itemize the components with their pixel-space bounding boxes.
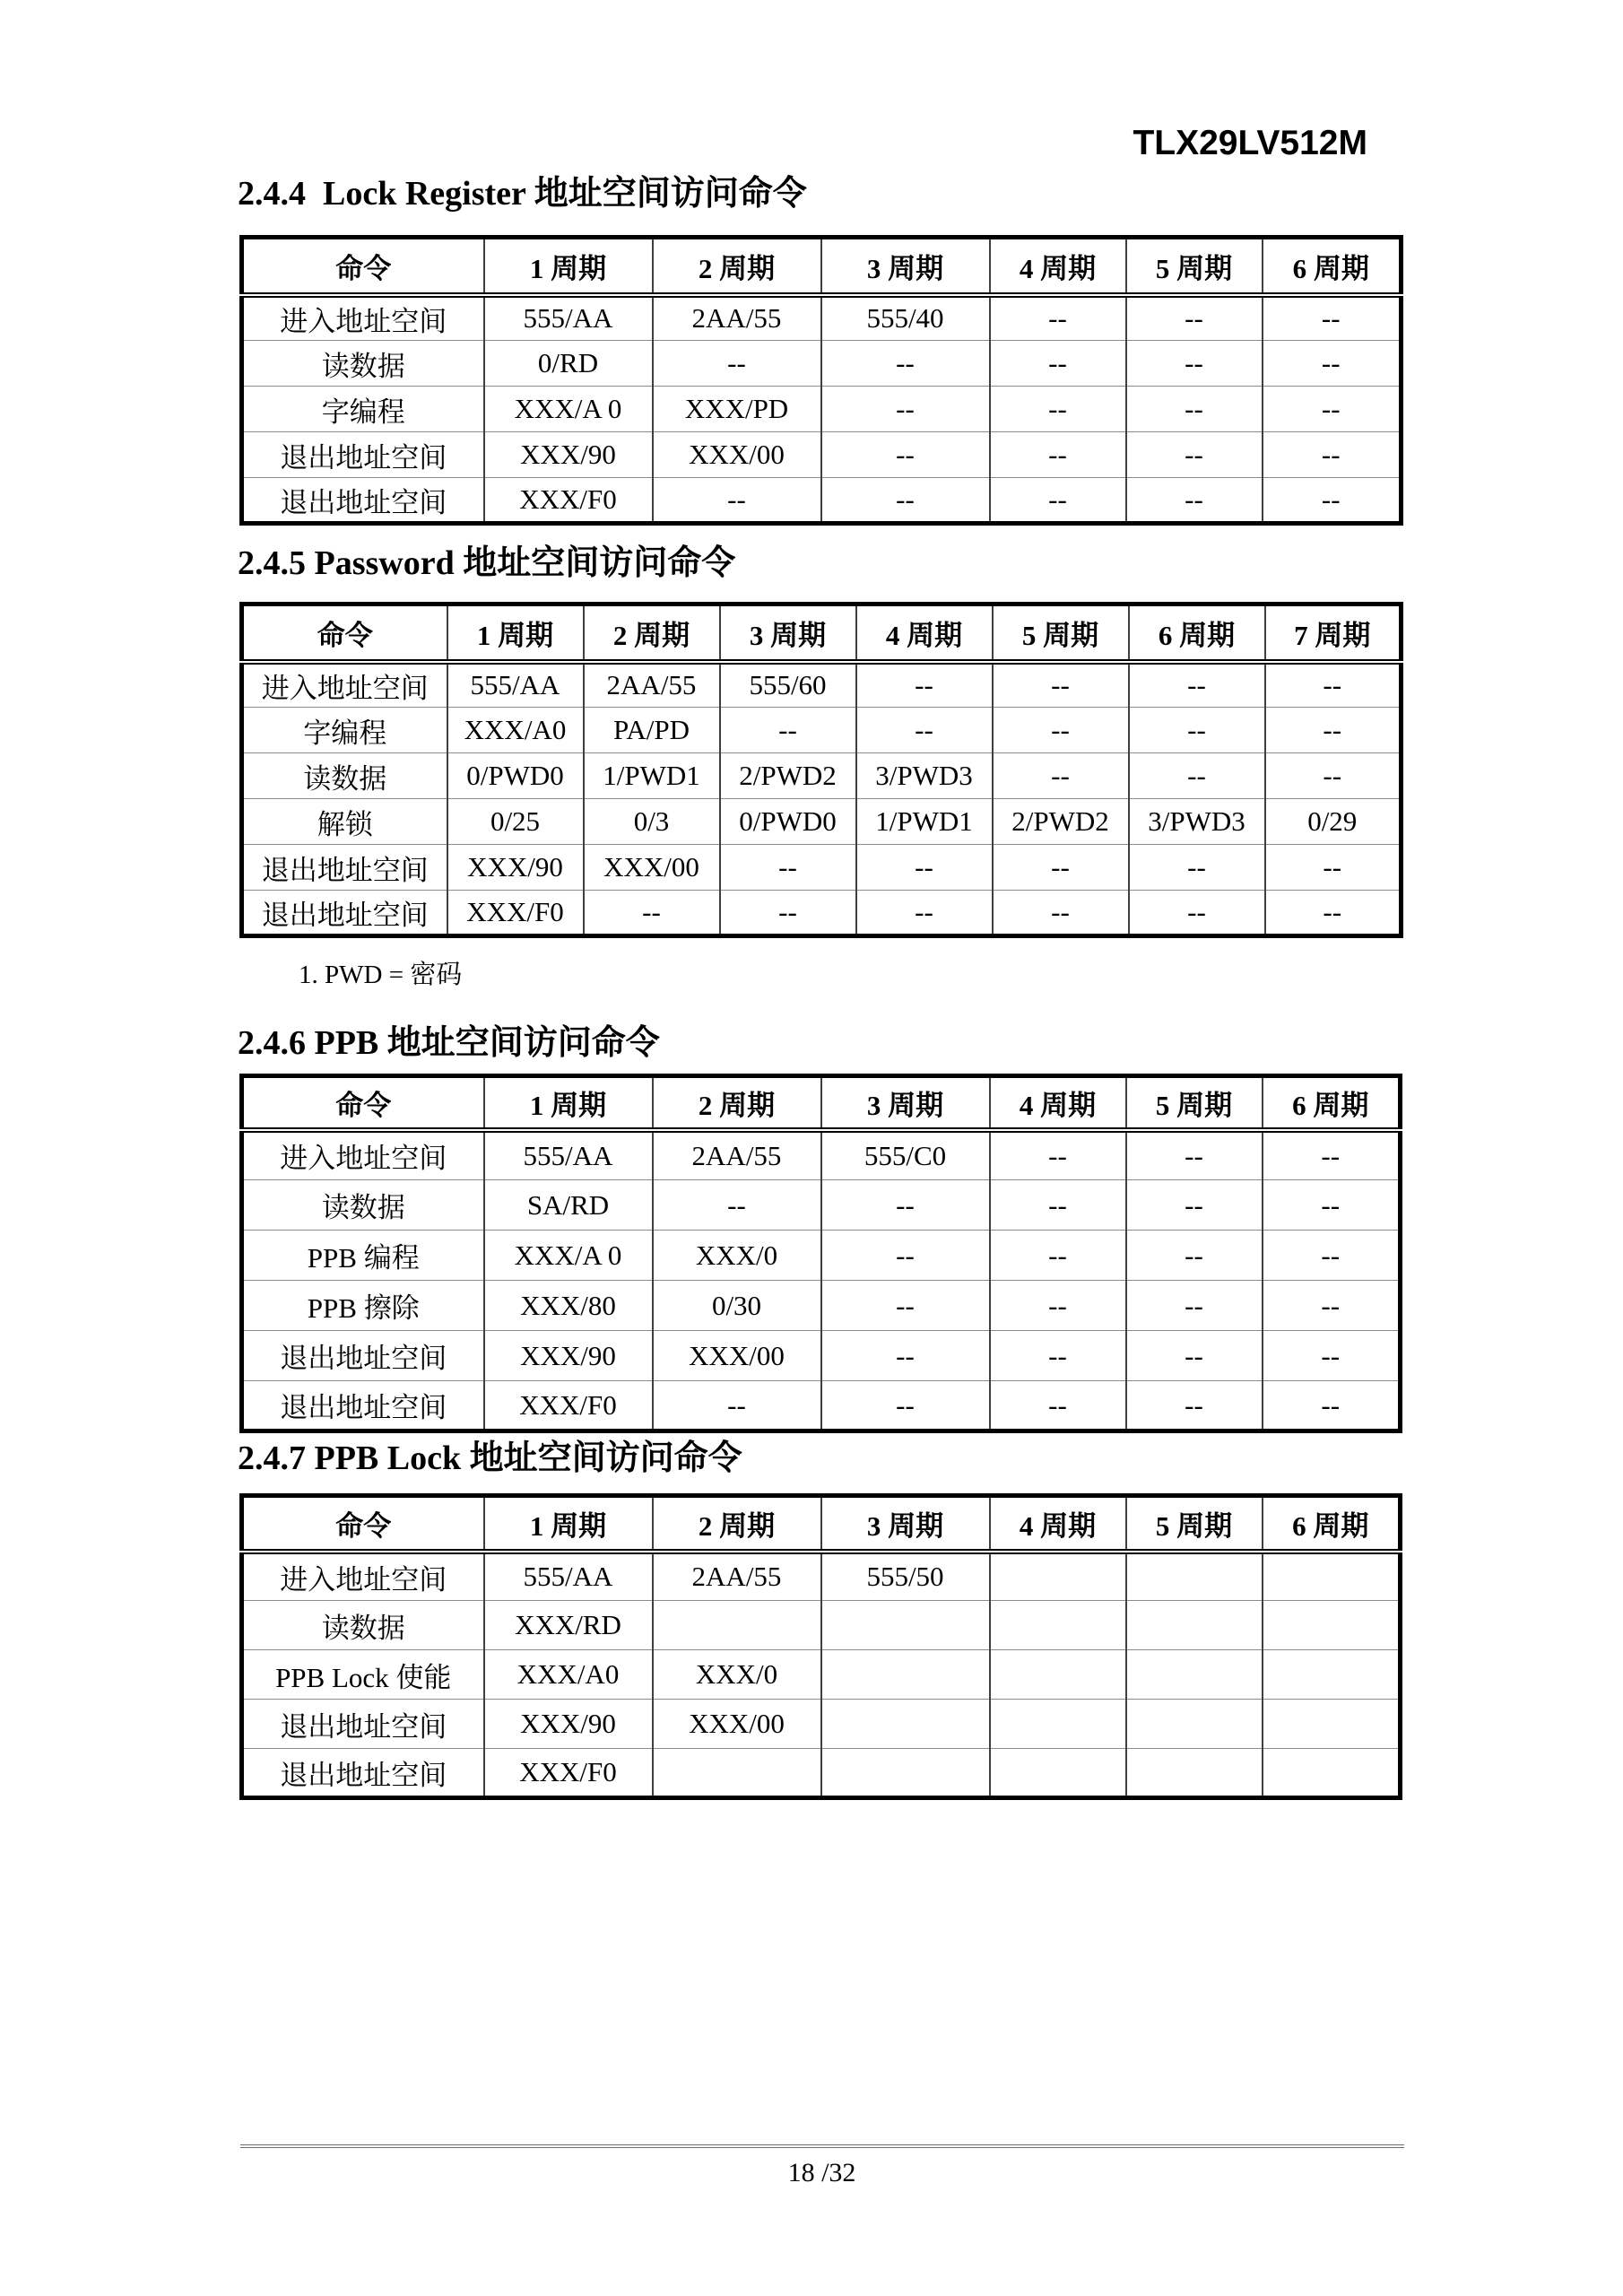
cycle-value-cell: 555/40 [821,295,990,341]
cycle-column-header: 5 周期 [1126,238,1263,295]
cycle-value-cell: -- [993,708,1129,753]
cycle-value-cell [1263,1650,1401,1700]
table-row: 解锁0/250/30/PWD01/PWD12/PWD23/PWD30/29 [242,799,1402,845]
cycle-value-cell: -- [1129,662,1265,708]
command-name-cell: 退出地址空间 [242,1749,484,1798]
cycle-column-header: 4 周期 [990,1496,1126,1552]
cycle-column-header: 3 周期 [821,1076,990,1130]
cycle-value-cell: -- [990,1381,1126,1431]
cycle-value-cell: 555/AA [484,295,653,341]
command-column-header: 命令 [242,238,484,295]
ppb-lock-command-table: 命令1 周期2 周期3 周期4 周期5 周期6 周期 进入地址空间555/AA2… [239,1493,1402,1800]
cycle-value-cell [821,1601,990,1650]
command-column-header: 命令 [242,1076,484,1130]
cycle-value-cell: -- [856,708,993,753]
command-name-cell: PPB Lock 使能 [242,1650,484,1700]
header-row: 命令1 周期2 周期3 周期4 周期5 周期6 周期7 周期 [242,604,1402,662]
cycle-value-cell: 0/RD [484,341,653,387]
cycle-value-cell: -- [1126,1130,1263,1180]
command-name-cell: 进入地址空间 [242,1130,484,1180]
command-name-cell: 进入地址空间 [242,662,447,708]
cycle-value-cell [990,1700,1126,1749]
cycle-value-cell: -- [1129,753,1265,799]
cycle-value-cell: -- [1126,341,1263,387]
cycle-value-cell: 555/AA [447,662,584,708]
cycle-value-cell: -- [856,662,993,708]
table-row: 退出地址空间XXX/F0------------ [242,891,1402,936]
section-heading-password: 2.4.5 Password 地址空间访问命令 [238,545,735,583]
table-row: 进入地址空间555/AA2AA/55555/C0------ [242,1130,1401,1180]
cycle-value-cell: XXX/0 [653,1650,821,1700]
cycle-column-header: 5 周期 [993,604,1129,662]
cycle-value-cell [821,1749,990,1798]
cycle-column-header: 2 周期 [653,1076,821,1130]
cycle-value-cell: 1/PWD1 [856,799,993,845]
command-column-header: 命令 [242,604,447,662]
cycle-value-cell: XXX/90 [484,1331,653,1381]
command-name-cell: 退出地址空间 [242,845,447,891]
cycle-value-cell: -- [1263,1231,1401,1281]
command-name-cell: 退出地址空间 [242,1381,484,1431]
cycle-value-cell: XXX/0 [653,1231,821,1281]
cycle-column-header: 6 周期 [1129,604,1265,662]
cycle-column-header: 1 周期 [447,604,584,662]
table-row: 退出地址空间XXX/90XXX/00-------- [242,1331,1401,1381]
table-row: 进入地址空间555/AA2AA/55555/60-------- [242,662,1402,708]
header-row: 命令1 周期2 周期3 周期4 周期5 周期6 周期 [242,1076,1401,1130]
table-row: 进入地址空间555/AA2AA/55555/40------ [242,295,1402,341]
cycle-value-cell [990,1650,1126,1700]
cycle-value-cell: XXX/PD [653,387,821,432]
header-row: 命令1 周期2 周期3 周期4 周期5 周期6 周期 [242,238,1402,295]
cycle-value-cell: -- [821,1281,990,1331]
cycle-value-cell: -- [990,341,1126,387]
cycle-value-cell: XXX/80 [484,1281,653,1331]
cycle-value-cell: XXX/F0 [484,478,653,524]
cycle-value-cell: -- [1126,1381,1263,1431]
table-row: 退出地址空间XXX/F0---------- [242,478,1402,524]
cycle-value-cell: -- [1265,708,1402,753]
table-row: 进入地址空间555/AA2AA/55555/50 [242,1552,1401,1601]
command-name-cell: 退出地址空间 [242,1331,484,1381]
cycle-value-cell: SA/RD [484,1180,653,1231]
cycle-value-cell: -- [720,845,856,891]
table-row: 读数据XXX/RD [242,1601,1401,1650]
cycle-value-cell: -- [1265,891,1402,936]
table-row: 读数据SA/RD---------- [242,1180,1401,1231]
cycle-column-header: 6 周期 [1263,1076,1401,1130]
command-name-cell: 退出地址空间 [242,478,484,524]
cycle-value-cell: 0/30 [653,1281,821,1331]
cycle-value-cell: -- [821,1180,990,1231]
cycle-value-cell: -- [1263,1331,1401,1381]
cycle-column-header: 1 周期 [484,238,653,295]
table-row: PPB Lock 使能XXX/A0XXX/0 [242,1650,1401,1700]
cycle-value-cell: XXX/F0 [484,1749,653,1798]
cycle-value-cell: -- [993,662,1129,708]
table-row: 退出地址空间XXX/F0---------- [242,1381,1401,1431]
cycle-value-cell: XXX/90 [447,845,584,891]
cycle-value-cell: XXX/RD [484,1601,653,1650]
ppb-command-table: 命令1 周期2 周期3 周期4 周期5 周期6 周期 进入地址空间555/AA2… [239,1074,1402,1433]
cycle-value-cell: 2/PWD2 [720,753,856,799]
cycle-value-cell: 0/29 [1265,799,1402,845]
cycle-value-cell: -- [1265,662,1402,708]
cycle-value-cell: PA/PD [584,708,720,753]
page-number: 18 /32 [239,2158,1404,2188]
cycle-value-cell: XXX/A 0 [484,387,653,432]
command-name-cell: PPB 擦除 [242,1281,484,1331]
cycle-column-header: 1 周期 [484,1496,653,1552]
command-name-cell: 退出地址空间 [242,432,484,478]
cycle-value-cell: 0/25 [447,799,584,845]
cycle-value-cell [1126,1749,1263,1798]
cycle-value-cell: XXX/90 [484,432,653,478]
cycle-value-cell [1263,1552,1401,1601]
table-row: PPB 编程XXX/A 0XXX/0-------- [242,1231,1401,1281]
cycle-value-cell: XXX/A0 [447,708,584,753]
section-heading-lock-register: 2.4.4 Lock Register 地址空间访问命令 [238,176,807,213]
cycle-value-cell: 555/C0 [821,1130,990,1180]
table-row: 字编程XXX/A 0XXX/PD-------- [242,387,1402,432]
lock-register-command-table: 命令1 周期2 周期3 周期4 周期5 周期6 周期 进入地址空间555/AA2… [239,235,1403,526]
cycle-value-cell: 0/PWD0 [447,753,584,799]
cycle-value-cell: -- [1126,478,1263,524]
command-name-cell: 解锁 [242,799,447,845]
cycle-value-cell: -- [1129,891,1265,936]
cycle-value-cell [1126,1552,1263,1601]
cycle-value-cell: -- [990,1281,1126,1331]
section-heading-ppb: 2.4.6 PPB 地址空间访问命令 [238,1025,660,1063]
cycle-value-cell [1126,1650,1263,1700]
cycle-value-cell [653,1601,821,1650]
cycle-value-cell: -- [720,891,856,936]
cycle-value-cell: -- [1263,478,1402,524]
table-row: 字编程XXX/A0PA/PD---------- [242,708,1402,753]
cycle-column-header: 1 周期 [484,1076,653,1130]
cycle-value-cell: 555/60 [720,662,856,708]
command-name-cell: 读数据 [242,1180,484,1231]
cycle-value-cell: 555/50 [821,1552,990,1601]
cycle-value-cell: -- [1263,341,1402,387]
cycle-value-cell: XXX/00 [653,1331,821,1381]
document-code: TLX29LV512M [0,126,1367,161]
cycle-value-cell [1126,1700,1263,1749]
command-name-cell: 字编程 [242,387,484,432]
cycle-value-cell: -- [990,478,1126,524]
cycle-value-cell: -- [821,432,990,478]
cycle-value-cell: -- [993,845,1129,891]
cycle-value-cell: -- [990,295,1126,341]
table-row: 退出地址空间XXX/90XXX/00 [242,1700,1401,1749]
datasheet-page: TLX29LV512M 2.4.4 Lock Register 地址空间访问命令… [0,0,1623,2296]
cycle-value-cell: -- [584,891,720,936]
cycle-value-cell: 2AA/55 [584,662,720,708]
table-row: 退出地址空间XXX/90XXX/00---------- [242,845,1402,891]
cycle-value-cell: 2/PWD2 [993,799,1129,845]
cycle-value-cell: -- [821,387,990,432]
cycle-value-cell: 2AA/55 [653,1552,821,1601]
cycle-value-cell: -- [856,891,993,936]
cycle-value-cell: -- [1126,1281,1263,1331]
cycle-value-cell: 2AA/55 [653,295,821,341]
cycle-value-cell: -- [990,1231,1126,1281]
command-name-cell: 字编程 [242,708,447,753]
command-name-cell: 进入地址空间 [242,295,484,341]
cycle-value-cell [990,1552,1126,1601]
cycle-column-header: 3 周期 [821,238,990,295]
cycle-column-header: 2 周期 [653,238,821,295]
cycle-value-cell [1263,1601,1401,1650]
cycle-value-cell: XXX/00 [584,845,720,891]
cycle-value-cell: -- [653,1381,821,1431]
cycle-value-cell: -- [653,1180,821,1231]
cycle-value-cell: -- [1126,387,1263,432]
cycle-value-cell: -- [1129,708,1265,753]
cycle-column-header: 3 周期 [720,604,856,662]
table-row: 读数据0/RD---------- [242,341,1402,387]
cycle-value-cell: -- [990,432,1126,478]
cycle-value-cell: -- [653,478,821,524]
cycle-value-cell [821,1700,990,1749]
footer-divider [240,2144,1404,2148]
cycle-value-cell: 3/PWD3 [856,753,993,799]
cycle-value-cell: -- [720,708,856,753]
cycle-column-header: 2 周期 [584,604,720,662]
cycle-value-cell: 555/AA [484,1130,653,1180]
command-name-cell: 退出地址空间 [242,891,447,936]
cycle-value-cell: XXX/A0 [484,1650,653,1700]
cycle-value-cell: -- [653,341,821,387]
cycle-value-cell: -- [990,1331,1126,1381]
cycle-value-cell: -- [821,478,990,524]
cycle-column-header: 4 周期 [990,238,1126,295]
cycle-value-cell: -- [821,341,990,387]
cycle-column-header: 3 周期 [821,1496,990,1552]
cycle-value-cell: -- [1263,1381,1401,1431]
cycle-value-cell: XXX/A 0 [484,1231,653,1281]
table-row: 退出地址空间XXX/90XXX/00-------- [242,432,1402,478]
cycle-column-header: 6 周期 [1263,238,1402,295]
cycle-column-header: 7 周期 [1265,604,1402,662]
cycle-value-cell: -- [1263,295,1402,341]
cycle-value-cell: -- [993,753,1129,799]
cycle-column-header: 5 周期 [1126,1076,1263,1130]
cycle-value-cell: -- [1265,845,1402,891]
command-name-cell: PPB 编程 [242,1231,484,1281]
cycle-value-cell [1126,1601,1263,1650]
cycle-column-header: 6 周期 [1263,1496,1401,1552]
cycle-value-cell [1263,1749,1401,1798]
table-row: 读数据0/PWD01/PWD12/PWD23/PWD3------ [242,753,1402,799]
cycle-column-header: 4 周期 [856,604,993,662]
command-name-cell: 进入地址空间 [242,1552,484,1601]
command-column-header: 命令 [242,1496,484,1552]
cycle-value-cell: -- [1263,387,1402,432]
cycle-value-cell: -- [1263,432,1402,478]
cycle-value-cell: -- [990,387,1126,432]
command-name-cell: 读数据 [242,753,447,799]
cycle-value-cell [990,1749,1126,1798]
cycle-value-cell: 3/PWD3 [1129,799,1265,845]
cycle-value-cell: -- [1263,1130,1401,1180]
cycle-value-cell: 0/PWD0 [720,799,856,845]
cycle-value-cell: XXX/F0 [447,891,584,936]
cycle-value-cell [653,1749,821,1798]
command-name-cell: 读数据 [242,341,484,387]
cycle-value-cell: XXX/00 [653,432,821,478]
cycle-value-cell: 1/PWD1 [584,753,720,799]
cycle-column-header: 4 周期 [990,1076,1126,1130]
cycle-value-cell: -- [821,1331,990,1381]
command-name-cell: 读数据 [242,1601,484,1650]
password-command-table: 命令1 周期2 周期3 周期4 周期5 周期6 周期7 周期 进入地址空间555… [239,602,1403,938]
cycle-value-cell: -- [1126,432,1263,478]
cycle-value-cell: XXX/90 [484,1700,653,1749]
cycle-value-cell: XXX/F0 [484,1381,653,1431]
cycle-value-cell: -- [856,845,993,891]
command-name-cell: 退出地址空间 [242,1700,484,1749]
header-row: 命令1 周期2 周期3 周期4 周期5 周期6 周期 [242,1496,1401,1552]
cycle-value-cell: -- [821,1381,990,1431]
cycle-value-cell: -- [1126,1180,1263,1231]
password-table-footnote: 1. PWD = 密码 [299,954,462,991]
cycle-value-cell: 0/3 [584,799,720,845]
cycle-value-cell: -- [1129,845,1265,891]
cycle-value-cell [821,1650,990,1700]
cycle-value-cell: -- [993,891,1129,936]
cycle-value-cell: -- [1126,1331,1263,1381]
cycle-value-cell [990,1601,1126,1650]
cycle-value-cell: -- [1126,295,1263,341]
cycle-value-cell: -- [990,1180,1126,1231]
cycle-value-cell: -- [990,1130,1126,1180]
cycle-column-header: 2 周期 [653,1496,821,1552]
cycle-value-cell: -- [1263,1180,1401,1231]
cycle-value-cell: -- [1265,753,1402,799]
section-heading-ppb-lock: 2.4.7 PPB Lock 地址空间访问命令 [238,1440,742,1478]
cycle-value-cell: -- [1263,1281,1401,1331]
cycle-column-header: 5 周期 [1126,1496,1263,1552]
cycle-value-cell: -- [821,1231,990,1281]
cycle-value-cell [1263,1700,1401,1749]
cycle-value-cell: XXX/00 [653,1700,821,1749]
table-row: PPB 擦除XXX/800/30-------- [242,1281,1401,1331]
cycle-value-cell: 555/AA [484,1552,653,1601]
cycle-value-cell: 2AA/55 [653,1130,821,1180]
table-row: 退出地址空间XXX/F0 [242,1749,1401,1798]
cycle-value-cell: -- [1126,1231,1263,1281]
